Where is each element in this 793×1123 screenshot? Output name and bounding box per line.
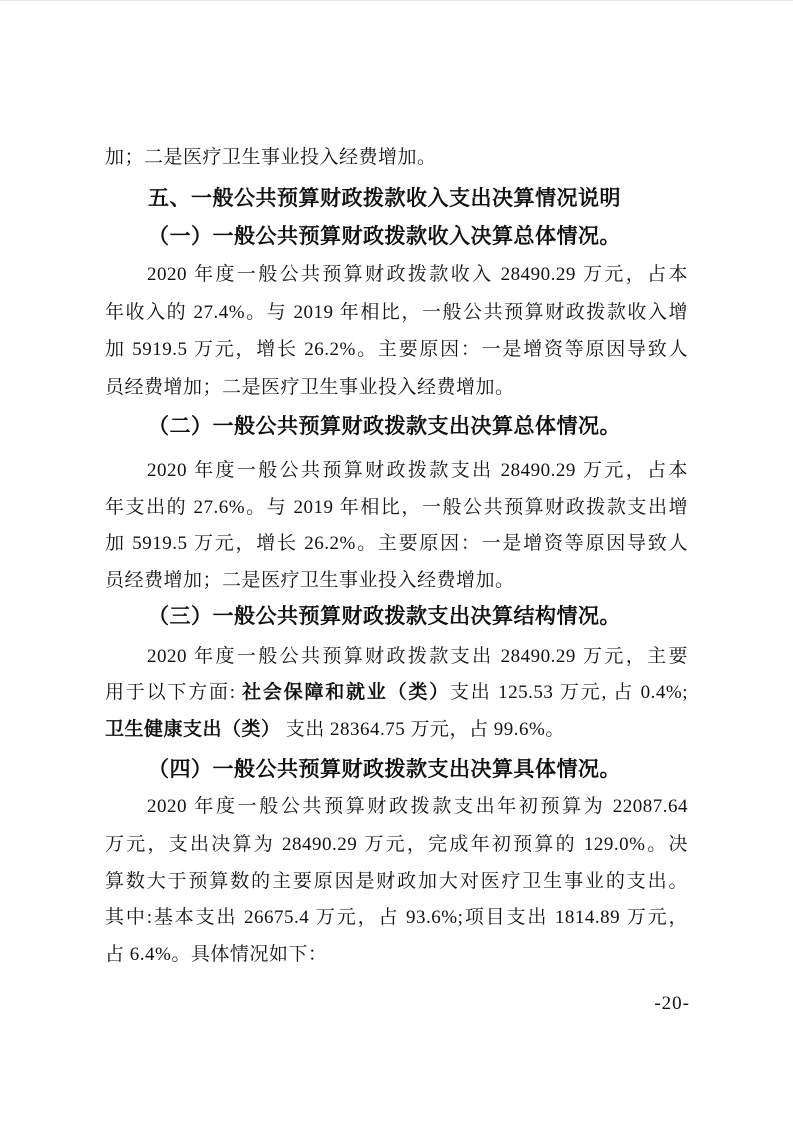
text-segment: 其中:基本支出 26675.4 万元，占 93.6%;项目支出 1814.89 … (105, 907, 688, 928)
subsection-4-heading: （四）一般公共预算财政拨款支出决算具体情况。 (148, 756, 708, 783)
expense-para-line-3: 加 5919.5 万元，增长 26.2%。主要原因：一是增资等原因导致人 (105, 530, 688, 557)
text-segment: 支出 125.53 万元, 占 0.4%; (450, 682, 688, 703)
page-number: -20- (654, 993, 690, 1015)
bold-text-segment: 卫生健康支出（类） (105, 719, 281, 740)
text-segment: 2020 年度一般公共预算财政拨款支出 28490.29 万元，主要 (147, 646, 688, 667)
document-page: 加；二是医疗卫生事业投入经费增加。五、一般公共预算财政拨款收入支出决算情况说明（… (0, 0, 793, 1123)
text-segment: 员经费增加；二是医疗卫生事业投入经费增加。 (105, 570, 515, 591)
text-segment: 算数大于预算数的主要原因是财政加大对医疗卫生事业的支出。 (105, 871, 688, 892)
text-segment: 年收入的 27.4%。与 2019 年相比，一般公共预算财政拨款收入增 (105, 302, 688, 323)
subsection-1-heading: （一）一般公共预算财政拨款收入决算总体情况。 (148, 223, 708, 250)
bold-text-segment: （三）一般公共预算财政拨款支出决算结构情况。 (148, 604, 621, 628)
subsection-3-heading: （三）一般公共预算财政拨款支出决算结构情况。 (148, 603, 708, 630)
text-segment: 年支出的 27.6%。与 2019 年相比，一般公共预算财政拨款支出增 (105, 497, 688, 518)
subsection-2-heading: （二）一般公共预算财政拨款支出决算总体情况。 (148, 413, 708, 440)
carryover-body-line: 加；二是医疗卫生事业投入经费增加。 (105, 144, 688, 171)
text-segment: 加 5919.5 万元，增长 26.2%。主要原因：一是增资等原因导致人 (105, 533, 688, 554)
expense-para-line-2: 年支出的 27.6%。与 2019 年相比，一般公共预算财政拨款支出增 (105, 494, 688, 521)
income-para-line-2: 年收入的 27.4%。与 2019 年相比，一般公共预算财政拨款收入增 (105, 299, 688, 326)
text-segment: 2020 年度一般公共预算财政拨款支出 28490.29 万元，占本 (147, 460, 688, 481)
structure-para-line-1: 2020 年度一般公共预算财政拨款支出 28490.29 万元，主要 (105, 643, 688, 670)
bold-text-segment: 社会保障和就业（类） (242, 682, 450, 703)
detail-para-line-1: 2020 年度一般公共预算财政拨款支出年初预算为 22087.64 (105, 793, 688, 820)
section-5-heading: 五、一般公共预算财政拨款收入支出决算情况说明 (148, 185, 708, 212)
income-para-line-4: 员经费增加；二是医疗卫生事业投入经费增加。 (105, 374, 688, 401)
income-para-line-1: 2020 年度一般公共预算财政拨款收入 28490.29 万元，占本 (105, 261, 688, 288)
detail-para-line-3: 算数大于预算数的主要原因是财政加大对医疗卫生事业的支出。 (105, 868, 688, 895)
bold-text-segment: （四）一般公共预算财政拨款支出决算具体情况。 (148, 757, 621, 781)
text-segment: 员经费增加；二是医疗卫生事业投入经费增加。 (105, 377, 515, 398)
text-segment: 占 6.4%。具体情况如下： (105, 944, 327, 965)
text-segment: 2020 年度一般公共预算财政拨款收入 28490.29 万元，占本 (147, 264, 688, 285)
bold-text-segment: （一）一般公共预算财政拨款收入决算总体情况。 (148, 224, 621, 248)
expense-para-line-1: 2020 年度一般公共预算财政拨款支出 28490.29 万元，占本 (105, 457, 688, 484)
text-segment: 支出 28364.75 万元，占 99.6%。 (281, 719, 565, 740)
detail-para-line-4: 其中:基本支出 26675.4 万元，占 93.6%;项目支出 1814.89 … (105, 904, 688, 931)
income-para-line-3: 加 5919.5 万元，增长 26.2%。主要原因：一是增资等原因导致人 (105, 336, 688, 363)
text-segment: 用于以下方面: (105, 682, 242, 703)
expense-para-line-4: 员经费增加；二是医疗卫生事业投入经费增加。 (105, 567, 688, 594)
text-segment: 加 5919.5 万元，增长 26.2%。主要原因：一是增资等原因导致人 (105, 339, 688, 360)
detail-para-line-5: 占 6.4%。具体情况如下： (105, 941, 688, 968)
bold-text-segment: 五、一般公共预算财政拨款收入支出决算情况说明 (148, 187, 621, 210)
text-segment: 万元，支出决算为 28490.29 万元，完成年初预算的 129.0%。决 (105, 834, 688, 855)
structure-para-line-3: 卫生健康支出（类） 支出 28364.75 万元，占 99.6%。 (105, 716, 688, 743)
detail-para-line-2: 万元，支出决算为 28490.29 万元，完成年初预算的 129.0%。决 (105, 831, 688, 858)
text-segment: 加；二是医疗卫生事业投入经费增加。 (105, 147, 437, 168)
structure-para-line-2: 用于以下方面: 社会保障和就业（类）支出 125.53 万元, 占 0.4%; (105, 679, 688, 706)
bold-text-segment: （二）一般公共预算财政拨款支出决算总体情况。 (148, 414, 621, 438)
text-segment: 2020 年度一般公共预算财政拨款支出年初预算为 22087.64 (147, 796, 688, 817)
